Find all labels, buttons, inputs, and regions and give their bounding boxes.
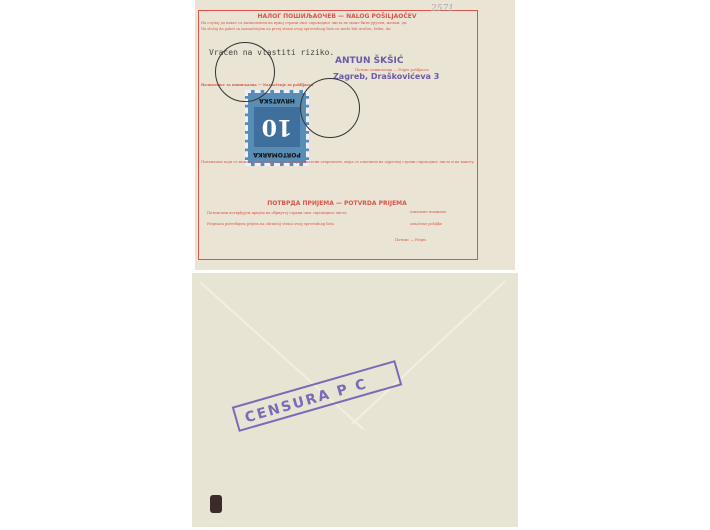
stamp-label: PORTOMARKA	[248, 151, 306, 158]
envelope-back: CENSURA P C	[192, 273, 518, 527]
sender-label: Потпис пошиљаоца — Potpis pošiljaoca	[355, 68, 465, 73]
parcel-card: НАЛОГ ПОШИЉАОЧЕВ — NALOG POŠILJAOČEV На …	[195, 0, 515, 270]
header-title: НАЛОГ ПОШИЉАОЧЕВ — NALOG POŠILJAOČEV	[195, 13, 479, 20]
receipt-option-2: označene pošiljke	[410, 222, 470, 227]
ink-blot	[210, 495, 222, 513]
stamp-value: 10	[254, 107, 300, 147]
receipt-line-cyr: Потписани потврђујем пријем на обрнутој …	[207, 211, 407, 216]
notice-paragraph: Понављамо који се може да пакет буде даљ…	[201, 160, 477, 190]
postmark-2	[300, 78, 360, 138]
pencil-marks: 2571	[431, 4, 454, 14]
postage-stamp: HRVATSKA 10 PORTOMARKA	[245, 90, 309, 166]
sender-stamp-name: ANTUN ŠKŠIĆ	[335, 56, 404, 66]
header-text-cyr: На случај да пакет са назначењем на прво…	[201, 21, 477, 26]
flap-right	[351, 280, 506, 425]
sender-stamp-address: Zagreb, Draškovićeva 3	[333, 72, 439, 81]
postmark-1	[215, 42, 275, 102]
signature-label: Потпис — Potpis	[395, 238, 455, 243]
receipt-title: ПОТВРДА ПРИЈЕМА — POTVRDA PRIJEMA	[195, 200, 479, 207]
censor-stamp: CENSURA P C	[232, 360, 403, 432]
header-text-lat: Na slučaj da paket sa naznačenjem na prv…	[201, 27, 477, 32]
receipt-option-1: означене пошиљке	[410, 210, 470, 215]
receipt-line-lat: Potpisani potvrđujem prijem na obrnutoj …	[207, 222, 407, 227]
